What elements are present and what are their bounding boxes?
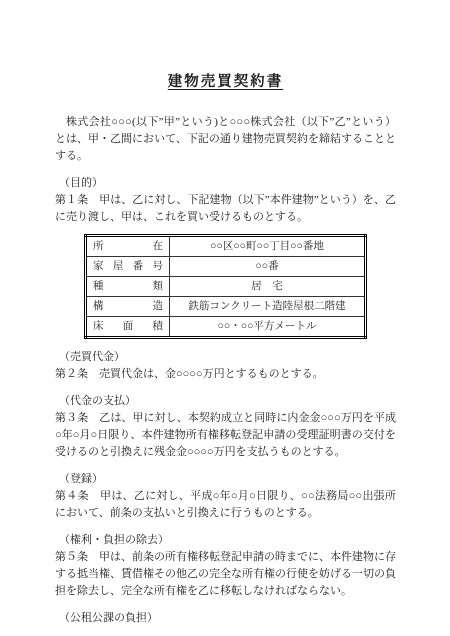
section-body: 第５条 甲は、前条の所有権移転登記申請の時までに、本件建物に存する抵当権、賃借権… xyxy=(55,549,396,600)
table-row: 床面積 ○○・○○平方メートル xyxy=(86,317,366,338)
section-removal-of-encumbrances: （権利・負担の除去） 第５条 甲は、前条の所有権移転登記申請の時までに、本件建物… xyxy=(55,532,396,600)
property-description-table: 所在 ○○区○○町○○丁目○○番地 家屋番号 ○○番 種類 居 宅 構造 鉄筋コ… xyxy=(84,234,367,339)
section-heading: （公租公課の負担） xyxy=(55,610,396,627)
table-row: 所在 ○○区○○町○○丁目○○番地 xyxy=(86,236,366,257)
intro-paragraph: 株式会社○○○(以下”甲”という)と○○○株式会社（以下”乙”という）とは、甲・… xyxy=(55,114,396,165)
section-registration: （登録） 第４条 甲は、乙に対し、平成○年○月○日限り、○○法務局○○出張所にお… xyxy=(55,471,396,522)
section-heading: （登録） xyxy=(55,471,396,488)
property-label-structure: 構造 xyxy=(86,297,170,317)
section-purpose: （目的） 第１条 甲は、乙に対し、下記建物（以下”本件建物”という）を、乙に売り… xyxy=(55,175,396,226)
property-value-structure: 鉄筋コンクリート造陸屋根二階建 xyxy=(170,297,366,317)
property-value-floor-area: ○○・○○平方メートル xyxy=(170,317,366,338)
section-sale-price: （売買代金） 第２条 売買代金は、金○○○○万円とするものとする。 xyxy=(55,349,396,383)
table-row: 種類 居 宅 xyxy=(86,277,366,297)
property-label-floor-area: 床面積 xyxy=(86,317,170,338)
table-row: 家屋番号 ○○番 xyxy=(86,257,366,277)
section-heading: （売買代金） xyxy=(55,349,396,366)
section-heading: （権利・負担の除去） xyxy=(55,532,396,549)
document-title-text: 建物売買契約書 xyxy=(168,74,284,90)
property-label-location: 所在 xyxy=(86,236,170,257)
section-body: 第１条 甲は、乙に対し、下記建物（以下”本件建物”という）を、乙に売り渡し、甲は… xyxy=(55,192,396,226)
section-body: 第４条 甲は、乙に対し、平成○年○月○日限り、○○法務局○○出張所において、前条… xyxy=(55,488,396,522)
section-payment: （代金の支払） 第３条 乙は、甲に対し、本契約成立と同時に内金金○○○万円を平成… xyxy=(55,393,396,461)
property-value-type: 居 宅 xyxy=(170,277,366,297)
section-heading: （代金の支払） xyxy=(55,393,396,410)
section-body: 第３条 乙は、甲に対し、本契約成立と同時に内金金○○○万円を平成○年○月○日限り… xyxy=(55,410,396,461)
section-public-taxes: （公租公課の負担） xyxy=(55,610,396,627)
document-title: 建物売買契約書 xyxy=(55,72,396,92)
section-body: 第２条 売買代金は、金○○○○万円とするものとする。 xyxy=(55,366,396,383)
section-heading: （目的） xyxy=(55,175,396,192)
table-row: 構造 鉄筋コンクリート造陸屋根二階建 xyxy=(86,297,366,317)
contract-document-page: 建物売買契約書 株式会社○○○(以下”甲”という)と○○○株式会社（以下”乙”と… xyxy=(0,0,450,636)
property-value-house-number: ○○番 xyxy=(170,257,366,277)
property-label-type: 種類 xyxy=(86,277,170,297)
property-label-house-number: 家屋番号 xyxy=(86,257,170,277)
property-value-location: ○○区○○町○○丁目○○番地 xyxy=(170,236,366,257)
